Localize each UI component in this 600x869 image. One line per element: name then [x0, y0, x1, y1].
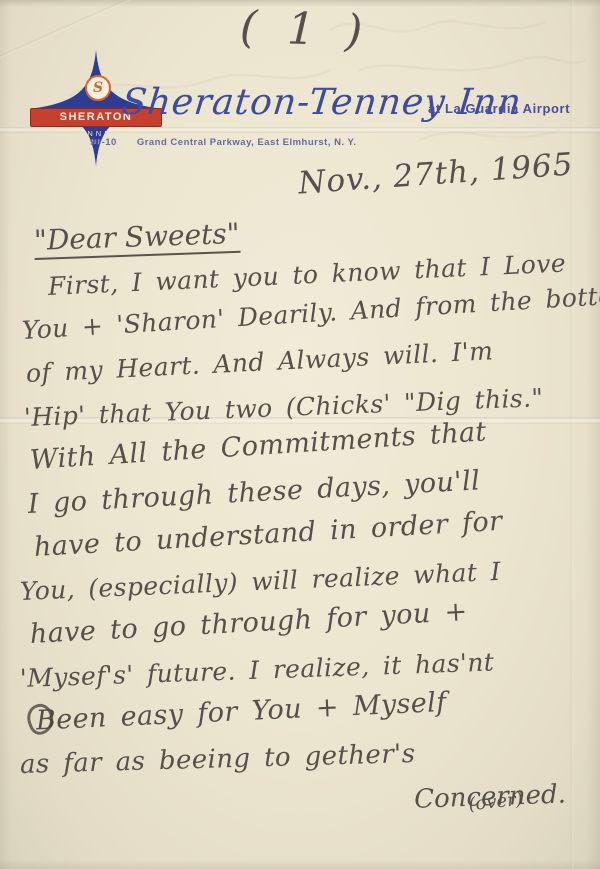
salutation-text: "Dear Sweets" [33, 217, 240, 260]
sheraton-monogram-icon: S [85, 75, 111, 101]
letter-lines: First, I want you to know that I LoveYou… [20, 265, 582, 787]
address-line: 90-10 Grand Central Parkway, East Elmhur… [90, 137, 356, 148]
hotel-location: at La Guardia Airport [428, 101, 570, 116]
page-number: ( 1 ) [239, 2, 371, 58]
street-number: 90-10 [90, 137, 117, 148]
letter-body: "Dear Sweets" First, I want you to know … [20, 224, 582, 836]
address-text: Grand Central Parkway, East Elmhurst, N.… [137, 137, 357, 148]
letter-date: Nov., 27th, 1965 [297, 146, 574, 201]
letter-photo: ( 1 ) S SHERATON TENNEY INN Sheraton-Ten… [0, 0, 600, 869]
